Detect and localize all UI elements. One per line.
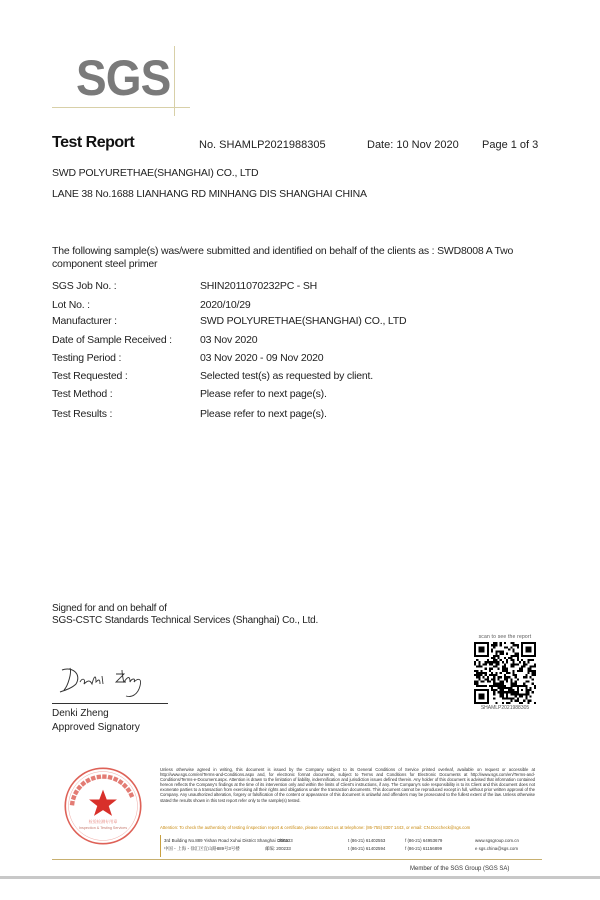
field-value: Please refer to next page(s). [200,388,327,400]
svg-text:检验检测专用章: 检验检测专用章 [89,818,118,824]
field-label: Manufacturer : [52,315,117,327]
footer-divider [52,859,542,860]
logo-horizontal-rule [52,107,190,108]
address-text: 3rd Building No.889 Yishan Road Xuhui Di… [164,838,288,843]
report-number: No. SHAMLP2021988305 [199,139,326,151]
field-label: Testing Period : [52,352,121,364]
page-indicator: Page 1 of 3 [482,139,538,151]
field-label: Date of Sample Received : [52,334,172,346]
report-header: Test Report No. SHAMLP2021988305 Date: 1… [52,136,542,156]
field-value: SHIN2011070232PC - SH [200,280,317,292]
field-label: SGS Job No. : [52,280,117,292]
sgs-logo: SGS [52,46,182,116]
signed-on-behalf: Signed for and on behalf of SGS-CSTC Sta… [52,603,318,627]
handwritten-signature-icon [58,660,158,702]
qr-block: scan to see the report SHAMLP2021988305 [470,634,540,711]
field-label: Test Method : [52,388,112,400]
signatory-title: Approved Signatory [52,722,140,733]
telephone: t (86-21) 61402553 [348,838,385,843]
signature-line [52,703,168,704]
contact-address-table: 3rd Building No.889 Yishan Road Xuhui Di… [160,837,540,853]
field-value: 03 Nov 2020 - 09 Nov 2020 [200,352,323,364]
address-row-en: 3rd Building No.889 Yishan Road Xuhui Di… [160,837,540,845]
signatory-name: Denki Zheng [52,708,109,719]
red-star-seal-icon: ■■■■■■■■■■■■■■■ 检验检测专用章 Inspection & Tes… [62,765,144,847]
field-value: Please refer to next page(s). [200,408,327,420]
signed-line-1: Signed for and on behalf of [52,603,318,615]
field-label: Test Results : [52,408,112,420]
zip-code: 邮编: 200233 [265,846,291,852]
field-label: Test Requested : [52,370,128,382]
logo-vertical-rule [174,46,175,116]
field-value: SWD POLYURETHAE(SHANGHAI) CO., LTD [200,315,406,327]
client-name: SWD POLYURETHAE(SHANGHAI) CO., LTD [52,167,258,179]
field-value: 2020/10/29 [200,299,251,311]
zip-code: 200233 [278,838,293,843]
qr-report-id: SHAMLP2021988305 [470,705,540,711]
report-date: Date: 10 Nov 2020 [367,139,459,151]
report-page: SGS Test Report No. SHAMLP2021988305 Dat… [0,0,600,900]
legal-disclaimer: Unless otherwise agreed in writing, this… [160,767,535,803]
website-link[interactable]: www.sgsgroup.com.cn [475,838,519,843]
field-value: 03 Nov 2020 [200,334,257,346]
telephone: t (86-21) 61402594 [348,846,385,851]
fax: f (86-21) 61156899 [405,846,442,851]
authenticity-notice: Attention: To check the authenticity of … [160,825,535,830]
field-label: Lot No. : [52,299,90,311]
client-address: LANE 38 No.1688 LIANHANG RD MINHANG DIS … [52,188,367,200]
fax: f (86-21) 64953679 [405,838,442,843]
email-link[interactable]: e sgs.china@sgs.com [475,846,518,851]
sample-intro: The following sample(s) was/were submitt… [52,245,542,271]
report-title: Test Report [52,134,134,152]
logo-text: SGS [76,50,170,106]
field-value: Selected test(s) as requested by client. [200,370,373,382]
address-row-cn: 中国・上海・徐汇区宜山路889号3号楼 邮编: 200233 t (86-21)… [160,845,540,853]
signed-line-2: SGS-CSTC Standards Technical Services (S… [52,615,318,627]
address-text: 中国・上海・徐汇区宜山路889号3号楼 [164,846,240,852]
page-bottom-edge [0,876,600,879]
qr-caption: scan to see the report [470,634,540,641]
sgs-group-membership: Member of the SGS Group (SGS SA) [410,866,509,872]
qr-code-icon[interactable] [474,642,536,704]
svg-text:Inspection & Testing Services: Inspection & Testing Services [79,826,127,830]
